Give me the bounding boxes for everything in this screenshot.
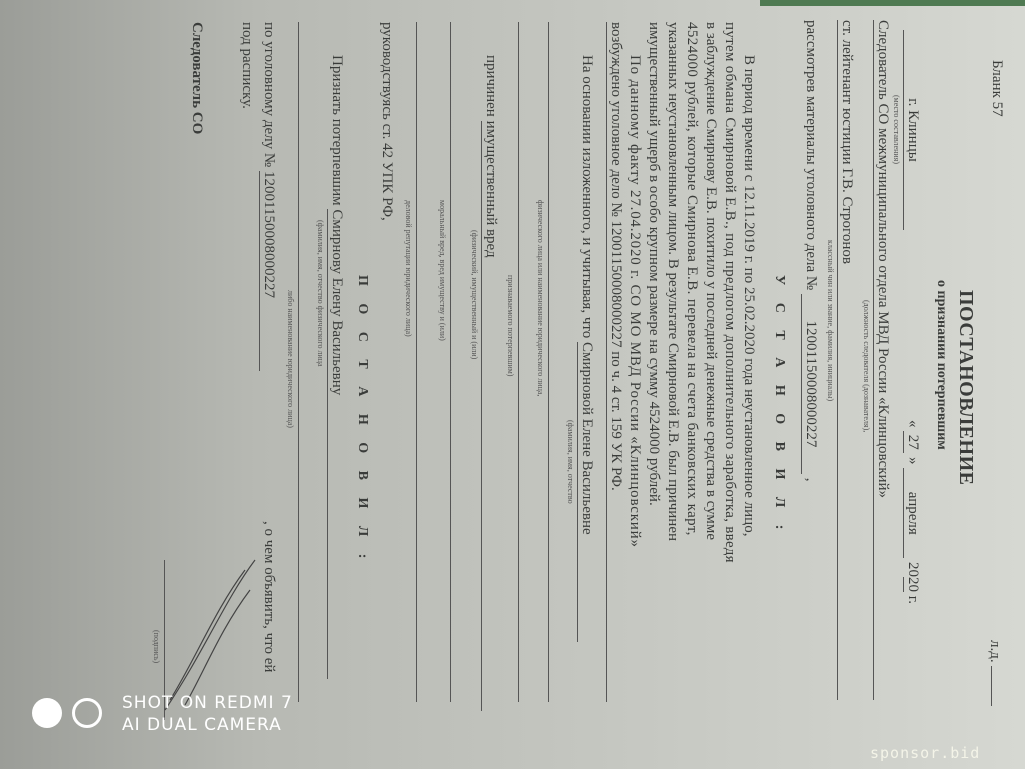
entity-caption-2: либо наименование юридического лица) xyxy=(286,290,295,428)
basis-line: На основании изложенного, и учитывая, чт… xyxy=(577,55,595,642)
investigator-line: Следователь СО межмуниципального отдела … xyxy=(873,20,891,700)
resolved-heading: П О С Т А Н О В И Л : xyxy=(354,275,370,565)
rank-caption: классный чин или звание, фамилия, инициа… xyxy=(826,240,835,401)
form-line xyxy=(518,22,519,702)
harm-caption-3: деловой репутации юридического лица) xyxy=(404,200,413,337)
investigator-caption: (должность следователя (дознавателя), xyxy=(862,300,871,432)
form-label: Бланк 57 xyxy=(988,60,1005,117)
body-line: указанных неустановленным лицом. В резул… xyxy=(664,22,681,541)
case-page-ref: л.д. xyxy=(986,640,1003,706)
receipt-line: под расписку. xyxy=(238,22,255,109)
date-field: « 27 » апреля 2020 г. xyxy=(903,420,921,604)
camera-text-line-1: SHOT ON REDMI 7 xyxy=(122,692,293,714)
established-heading: У С Т А Н О В И Л : xyxy=(771,275,787,536)
signer-label: Следователь СО xyxy=(188,22,205,134)
site-watermark: sponsor.bid xyxy=(870,744,980,762)
place-field: г. Клинцы xyxy=(903,30,921,230)
harm-line: причинен имущественный вред xyxy=(481,55,499,711)
body-line: В период времени с 12.11.2019 г. по 25.0… xyxy=(740,55,757,536)
harm-caption-1: (физический, имущественный и (или) xyxy=(470,230,479,359)
body-line: возбуждено уголовное дело № 120011500080… xyxy=(606,22,624,702)
victim-caption: (фамилия, имя, отчество xyxy=(566,420,575,504)
place-caption: (место составления) xyxy=(892,95,901,164)
reviewed-line: рассмотрев материалы уголовного дела № 1… xyxy=(801,20,819,481)
body-line: путем обмана Смирновой Е.В., под предлог… xyxy=(721,22,738,563)
form-line xyxy=(450,22,451,702)
entity-caption: физического лица или наименование юридич… xyxy=(536,200,545,396)
guided-line: руководствуясь ст. 42 УПК РФ, xyxy=(378,22,395,221)
harm-caption-2: моральный вред, вред имуществу и (или) xyxy=(438,200,447,341)
recognize-line: Признать потерпевшим Смирнову Елену Васи… xyxy=(327,55,345,679)
recognized-caption: признаваемого потерпевшим) xyxy=(506,275,515,376)
body-line: имущественный ущерб в особо крупном разм… xyxy=(645,22,662,506)
camera-lens-icon xyxy=(32,698,62,728)
camera-lens-icon xyxy=(72,698,102,728)
document-title: ПОСТАНОВЛЕНИЕ xyxy=(954,290,977,485)
form-line xyxy=(298,22,299,702)
body-line: в заблуждение Смирнову Е.В. похитило у п… xyxy=(702,22,719,540)
body-line: 4524000 рублей, которые Смирнова Е.В. пе… xyxy=(683,22,700,536)
form-line xyxy=(416,22,417,702)
victim-caption-2: (фамилия, имя, отчество физического лица xyxy=(316,220,325,367)
document-sheet: Бланк 57 л.д. ПОСТАНОВЛЕНИЕ о признании … xyxy=(0,0,1025,769)
body-line: По данному факту 27.04.2020 г. СО МО МВД… xyxy=(626,55,643,548)
rank-line: ст. лейтенант юстиции Г.В. Строгонов xyxy=(837,20,855,700)
camera-text-line-2: AI DUAL CAMERA xyxy=(122,714,293,736)
form-line xyxy=(548,22,549,702)
document-subtitle: о признании потерпевшим xyxy=(933,280,949,450)
